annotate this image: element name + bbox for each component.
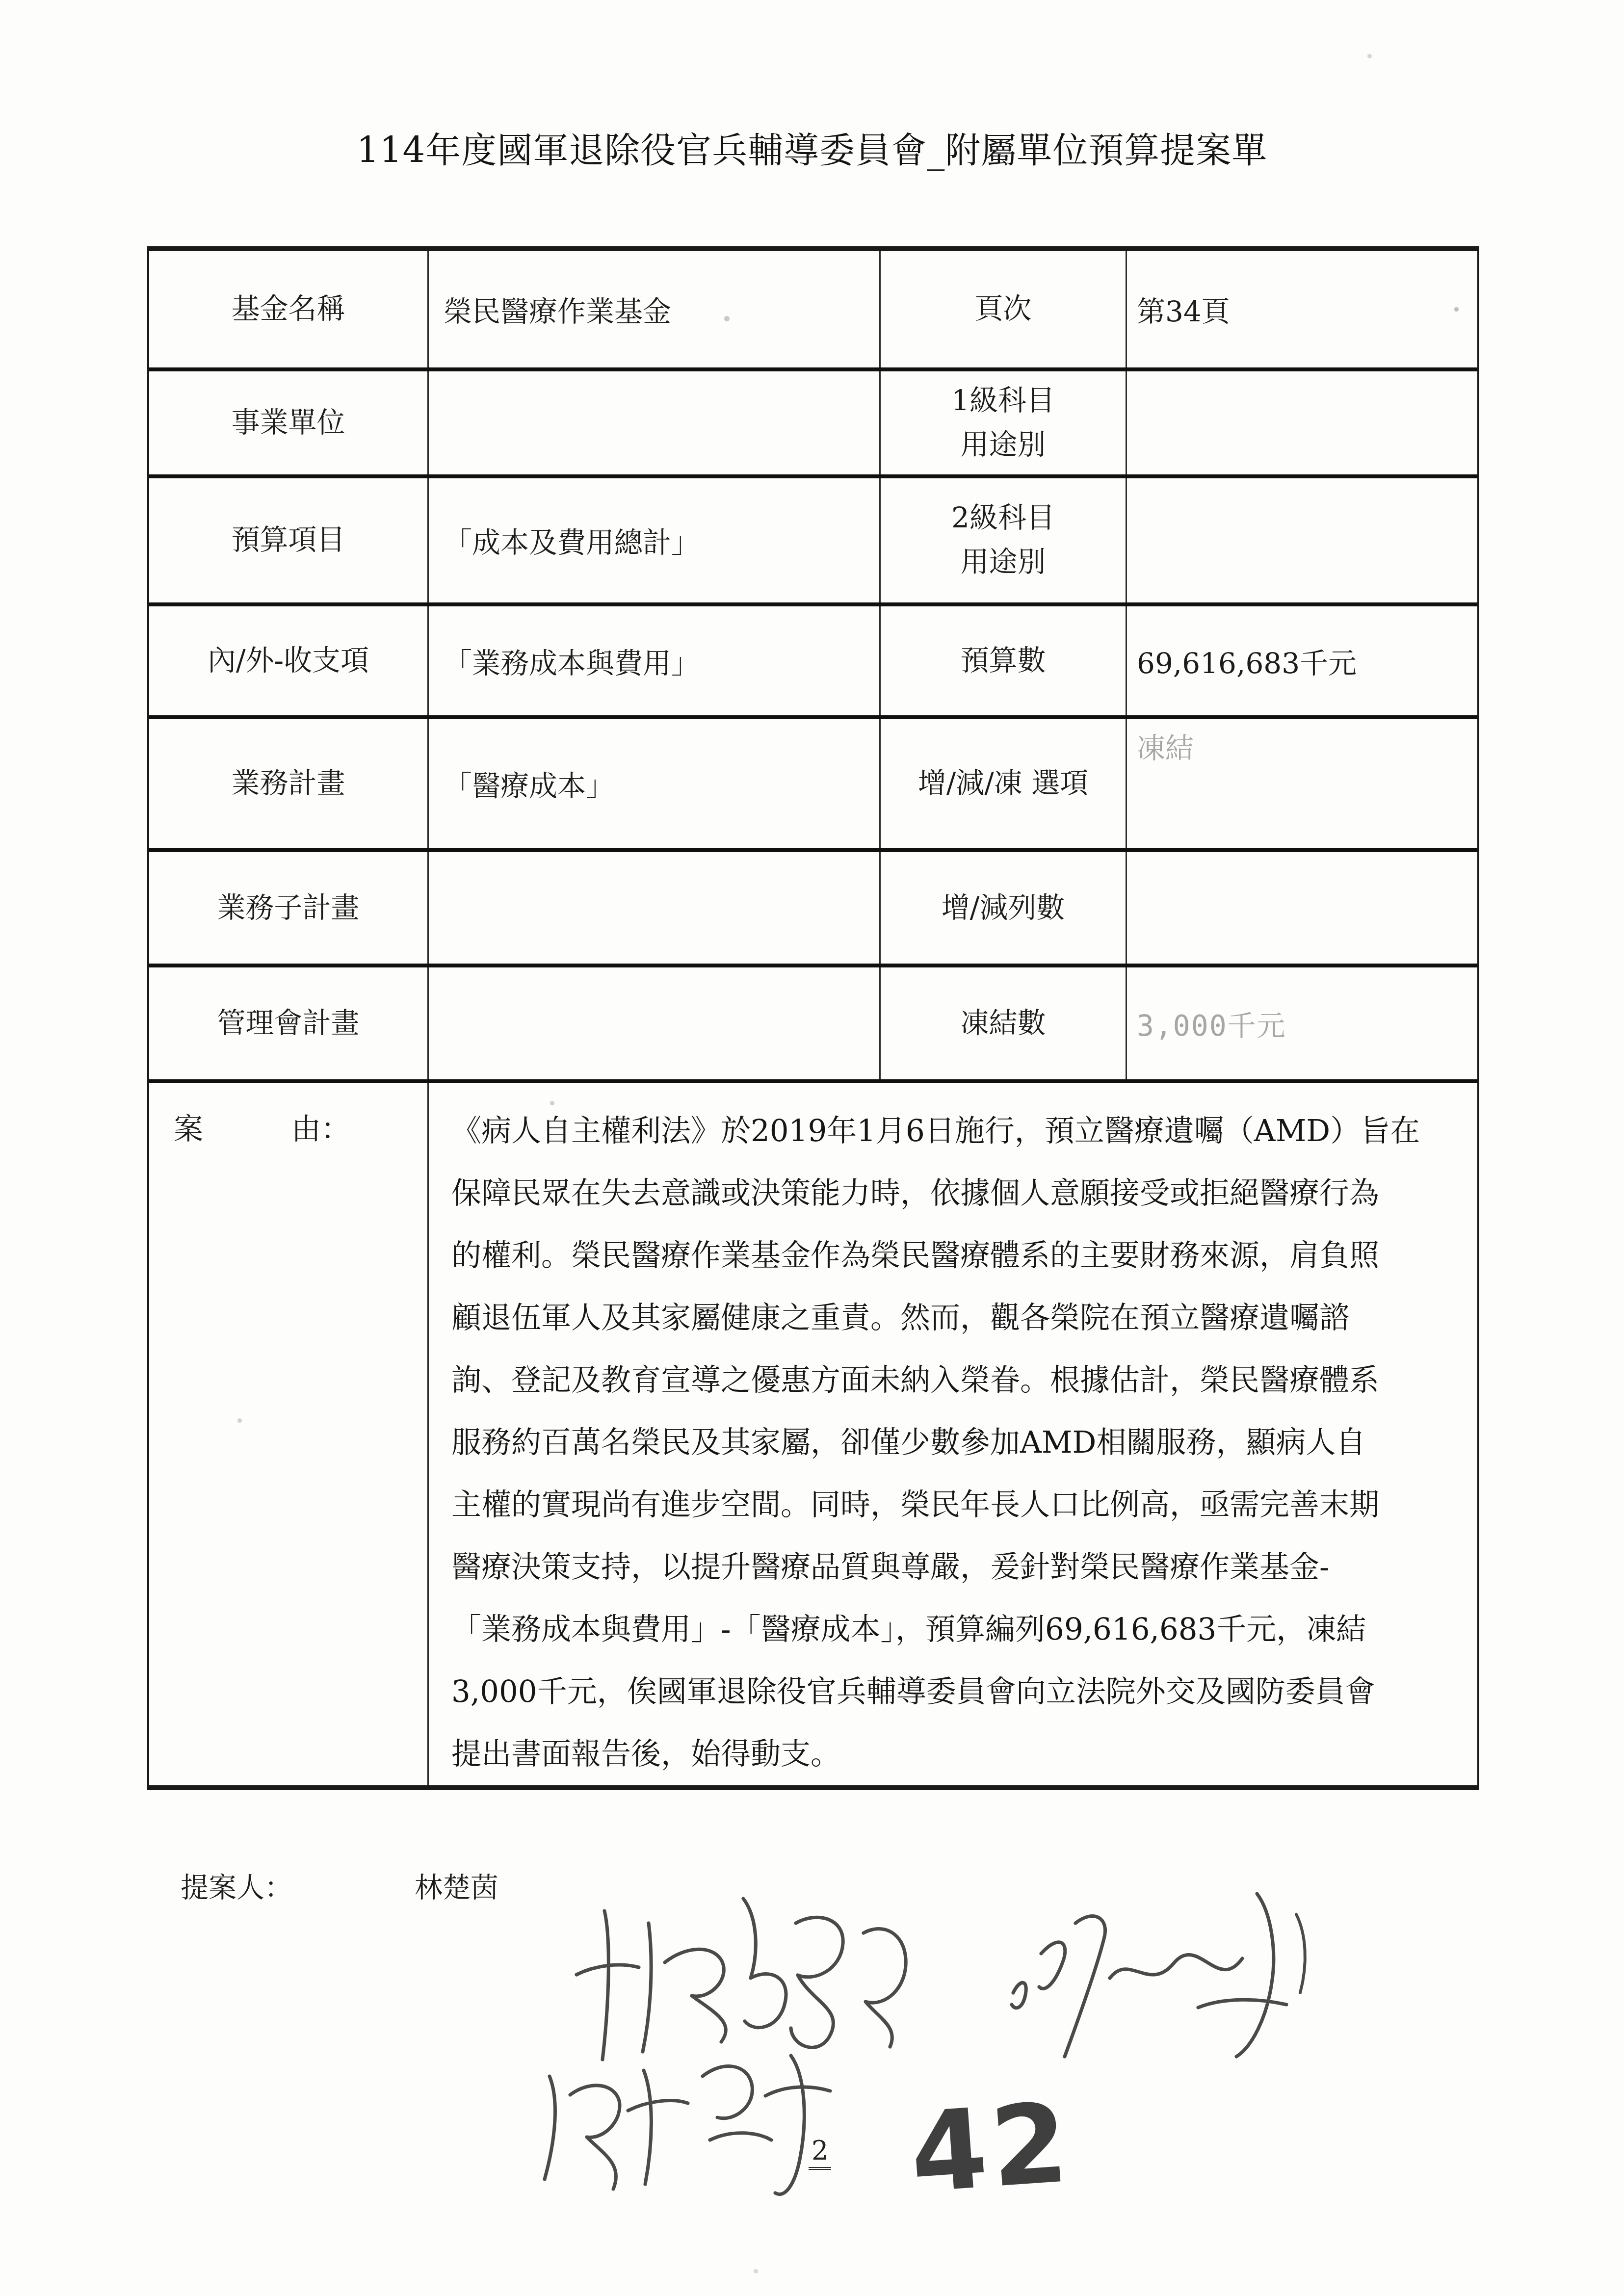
page-number: 2 bbox=[809, 2135, 831, 2170]
field-label: 預算數 bbox=[881, 606, 1127, 715]
field-value bbox=[1127, 478, 1477, 602]
table-row: 內/外-收支項「業務成本與費用」預算數69,616,683千元 bbox=[149, 606, 1477, 719]
field-label: 增/減列數 bbox=[881, 852, 1127, 964]
field-label: 事業單位 bbox=[149, 371, 429, 474]
case-text-line: 主權的實現尚有進步空間。同時，榮民年長人口比例高，亟需完善末期 bbox=[451, 1474, 1463, 1536]
case-text-line: 詢、登記及教育宣導之優惠方面未納入榮眷。根據估計，榮民醫療體系 bbox=[451, 1349, 1463, 1411]
field-value bbox=[1127, 852, 1477, 964]
case-text-line: 醫療決策支持，以提升醫療品質與尊嚴，爰針對榮民醫療作業基金- bbox=[451, 1536, 1463, 1598]
field-value: 第34頁 bbox=[1127, 251, 1477, 367]
field-value bbox=[429, 852, 881, 964]
field-label: 1級科目 用途別 bbox=[881, 371, 1127, 474]
proposer-name: 林楚茵 bbox=[415, 1865, 498, 1905]
field-value bbox=[1127, 371, 1477, 474]
case-row: 案 由： 《病人自主權利法》於2019年1月6日施行，預立醫療遺囑（AMD）旨在… bbox=[149, 1083, 1477, 1785]
table-row: 基金名稱榮民醫療作業基金頁次第34頁 bbox=[149, 251, 1477, 371]
case-label: 案 由： bbox=[149, 1083, 429, 1785]
case-text-line: 服務約百萬名榮民及其家屬，卻僅少數參加AMD相關服務，顯病人自 bbox=[451, 1411, 1463, 1474]
field-label: 增/減/凍 選項 bbox=[881, 719, 1127, 848]
field-label: 內/外-收支項 bbox=[149, 606, 429, 715]
field-value: 「醫療成本」 bbox=[429, 719, 881, 848]
handwritten-number: 42 bbox=[906, 2079, 1075, 2218]
field-label: 預算項目 bbox=[149, 478, 429, 602]
table-row: 業務子計畫增/減列數 bbox=[149, 852, 1477, 968]
field-label: 管理會計畫 bbox=[149, 967, 429, 1079]
field-label: 業務子計畫 bbox=[149, 852, 429, 964]
case-text-line: 「業務成本與費用」-「醫療成本」，預算編列69,616,683千元，凍結 bbox=[451, 1598, 1463, 1661]
scanned-budget-proposal-page: 114年度國軍退除役官兵輔導委員會_附屬單位預算提案單 基金名稱榮民醫療作業基金… bbox=[0, 0, 1624, 2296]
table-row: 事業單位1級科目 用途別 bbox=[149, 371, 1477, 478]
field-value: 3,000千元 bbox=[1127, 967, 1477, 1079]
field-value: 榮民醫療作業基金 bbox=[429, 251, 881, 367]
field-label: 凍結數 bbox=[881, 967, 1127, 1079]
table-row: 預算項目「成本及費用總計」2級科目 用途別 bbox=[149, 478, 1477, 606]
field-value: 「成本及費用總計」 bbox=[429, 478, 881, 602]
case-text-line: 顧退伍軍人及其家屬健康之重責。然而，觀各榮院在預立醫療遺囑諮 bbox=[451, 1287, 1463, 1349]
field-value bbox=[429, 967, 881, 1079]
field-label: 基金名稱 bbox=[149, 251, 429, 367]
scan-specks bbox=[0, 0, 2, 2]
field-label: 業務計畫 bbox=[149, 719, 429, 848]
budget-form-table: 基金名稱榮民醫療作業基金頁次第34頁事業單位1級科目 用途別預算項目「成本及費用… bbox=[147, 246, 1479, 1790]
field-value: 69,616,683千元 bbox=[1127, 606, 1477, 715]
case-text-line: 提出書面報告後，始得動支。 bbox=[451, 1723, 1463, 1785]
field-value: 凍結 bbox=[1127, 719, 1477, 848]
table-row: 業務計畫「醫療成本」增/減/凍 選項凍結 bbox=[149, 719, 1477, 852]
page-title: 114年度國軍退除役官兵輔導委員會_附屬單位預算提案單 bbox=[0, 122, 1624, 173]
field-label: 頁次 bbox=[881, 251, 1127, 367]
proposer-label: 提案人： bbox=[181, 1865, 292, 1905]
case-text-line: 3,000千元，俟國軍退除役官兵輔導委員會向立法院外交及國防委員會 bbox=[451, 1661, 1463, 1723]
case-text: 《病人自主權利法》於2019年1月6日施行，預立醫療遺囑（AMD）旨在保障民眾在… bbox=[429, 1083, 1477, 1785]
case-text-line: 保障民眾在失去意識或決策能力時，依據個人意願接受或拒絕醫療行為 bbox=[451, 1162, 1463, 1225]
case-text-line: 的權利。榮民醫療作業基金作為榮民醫療體系的主要財務來源，肩負照 bbox=[451, 1225, 1463, 1287]
field-value: 「業務成本與費用」 bbox=[429, 606, 881, 715]
field-value bbox=[429, 371, 881, 474]
table-row: 管理會計畫凍結數3,000千元 bbox=[149, 967, 1477, 1083]
field-label: 2級科目 用途別 bbox=[881, 478, 1127, 602]
case-text-line: 《病人自主權利法》於2019年1月6日施行，預立醫療遺囑（AMD）旨在 bbox=[451, 1100, 1463, 1162]
